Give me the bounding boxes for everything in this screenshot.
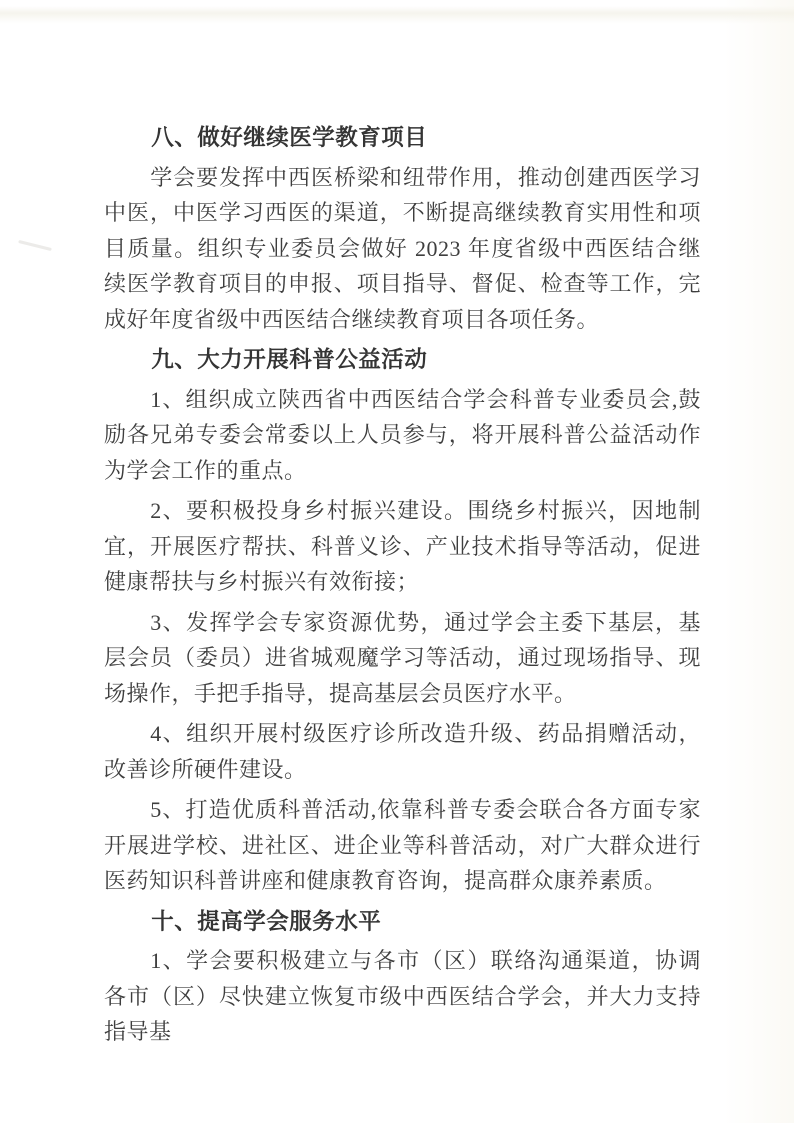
section-8-paragraph-1: 学会要发挥中西医桥梁和纽带作用，推动创建西医学习中医，中医学习西医的渠道，不断提… <box>104 160 701 338</box>
scan-artifact-right-tint <box>724 0 794 1123</box>
section-9-item-5: 5、打造优质科普活动,依靠科普专委会联合各方面专家开展进学校、进社区、进企业等科… <box>104 792 701 899</box>
section-heading-10: 十、提高学会服务水平 <box>104 904 701 940</box>
section-heading-9: 九、大力开展科普公益活动 <box>104 342 701 378</box>
section-9-item-1: 1、组织成立陕西省中西医结合学会科普专业委员会,鼓励各兄弟专委会常委以上人员参与… <box>104 382 701 489</box>
section-9-item-3: 3、发挥学会专家资源优势，通过学会主委下基层，基层会员（委员）进省城观魔学习等活… <box>104 605 701 712</box>
section-9-item-4: 4、组织开展村级医疗诊所改造升级、药品捐赠活动，改善诊所硬件建设。 <box>104 716 701 787</box>
section-10-item-1: 1、学会要积极建立与各市（区）联络沟通渠道，协调各市（区）尽快建立恢复市级中西医… <box>104 943 701 1050</box>
section-9-item-2: 2、要积极投身乡村振兴建设。围绕乡村振兴，因地制宜，开展医疗帮扶、科普义诊、产业… <box>104 493 701 600</box>
scan-artifact-left-smudge <box>18 240 52 251</box>
document-body: 八、做好继续医学教育项目 学会要发挥中西医桥梁和纽带作用，推动创建西医学习中医，… <box>104 116 701 1055</box>
scan-artifact-top-edge <box>0 6 794 24</box>
section-heading-8: 八、做好继续医学教育项目 <box>104 120 701 156</box>
document-page: 八、做好继续医学教育项目 学会要发挥中西医桥梁和纽带作用，推动创建西医学习中医，… <box>0 0 794 1123</box>
